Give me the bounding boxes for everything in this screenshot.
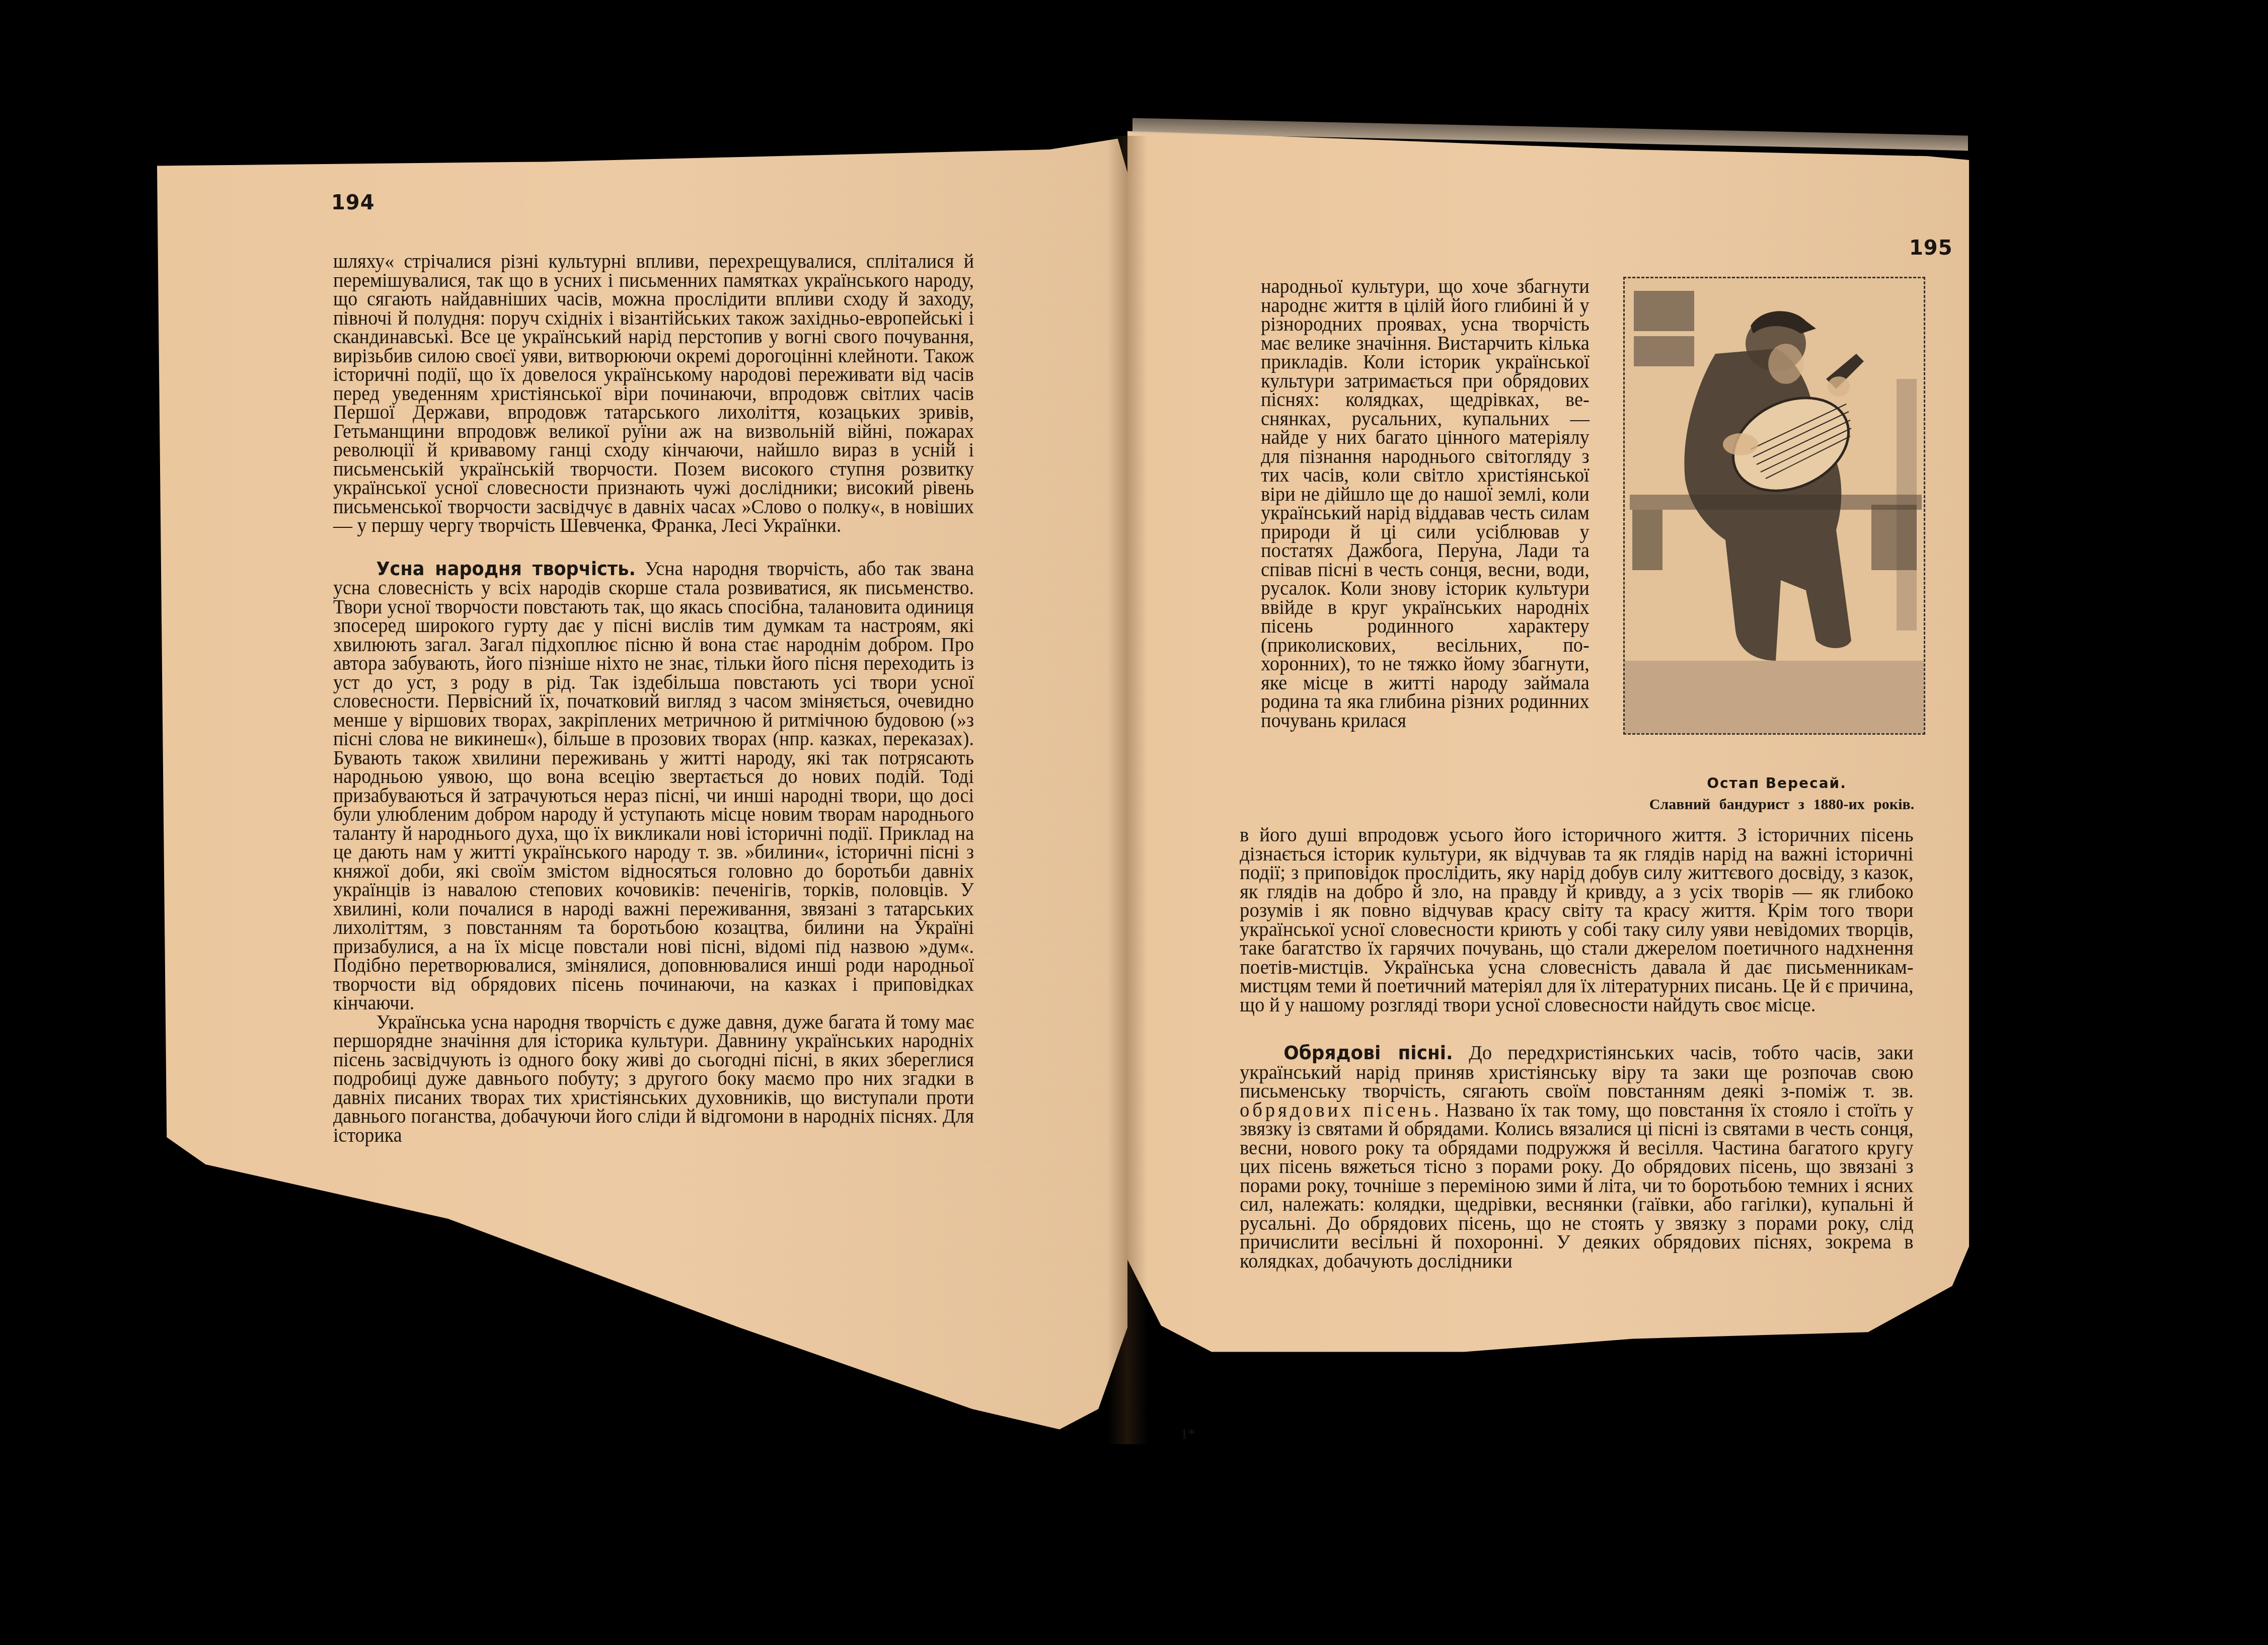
- paragraph-text: . Названо їх так тому, що повстання їх с…: [1240, 1099, 1914, 1272]
- paragraph-section: Усна народня творчість. Усна народня тво…: [333, 559, 974, 1012]
- figure-caption-subtitle: Славний бандурист з 1880-их років.: [1626, 796, 1938, 813]
- page-number-right: 195: [1909, 237, 1953, 260]
- paragraph-text: Усна народня творчість, або так звана ус…: [333, 557, 974, 1014]
- figure-caption-title: Остап Вересай.: [1626, 775, 1928, 792]
- page-number-left: 194: [331, 191, 375, 214]
- printer-signature-mark: 1*: [1180, 1426, 1195, 1443]
- paragraph: народньої культури, що хоче збаг­нути на…: [1261, 277, 1590, 730]
- left-page-text: шляху« стрічалися різні культурні впливи…: [333, 252, 974, 1144]
- right-page-wrapped-text: народньої культури, що хоче збаг­нути на…: [1261, 277, 1590, 730]
- paragraph-section: Обрядові пісні. До передхристіянських ча…: [1240, 1043, 1914, 1270]
- paragraph: Українська усна народня творчість є дуже…: [333, 1012, 974, 1145]
- figure-ostap-veresai: [1623, 277, 1925, 740]
- book-spread: 194 шляху« стрічалися різні культурні вп…: [0, 0, 2268, 1645]
- bandura-player-illustration-icon: [1623, 277, 1925, 735]
- right-page-full-text: в його душі впродовж усього його історич…: [1240, 825, 1914, 1270]
- paragraph: в його душі впродовж усього його історич…: [1240, 825, 1914, 1014]
- book-gutter: [1107, 136, 1148, 1444]
- paragraph: шляху« стрічалися різні культурні впливи…: [333, 252, 974, 535]
